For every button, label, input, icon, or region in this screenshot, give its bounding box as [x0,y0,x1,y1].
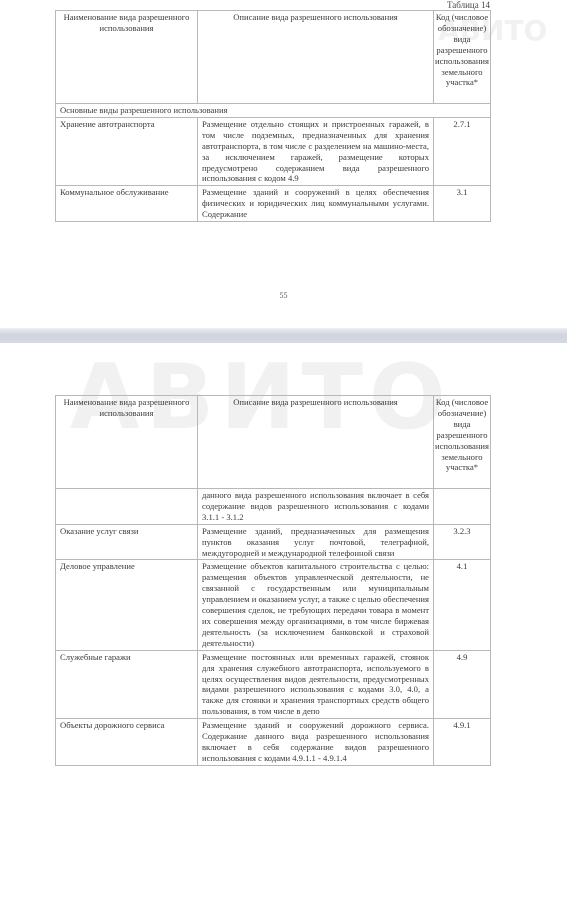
document-page-55: АВИТО Таблица 14 Наименование вида разре… [0,0,567,328]
table-row: данного вида разрешенного использования … [56,489,491,525]
use-code: 4.9 [434,650,491,718]
use-description: Размещение постоянных или временных гара… [198,650,434,718]
column-header-name: Наименование вида разрешенного использов… [56,11,198,104]
section-row: Основные виды разрешенного использования [56,104,491,118]
table-row: Хранение автотранспорта Размещение отдел… [56,117,491,185]
use-name: Объекты дорожного сервиса [56,719,198,766]
use-code: 4.1 [434,560,491,650]
page-number: 55 [0,291,567,300]
column-header-code: Код (числовое обозначение) вида разрешен… [434,396,491,489]
use-code: 3.2.3 [434,524,491,560]
use-name: Коммунальное обслуживание [56,186,198,222]
document-page-56: АВИТО Наименование вида разрешенного исп… [0,343,567,910]
column-header-name: Наименование вида разрешенного использов… [56,396,198,489]
use-name: Деловое управление [56,560,198,650]
table-row: Служебные гаражи Размещение постоянных и… [56,650,491,718]
use-code: 2.7.1 [434,117,491,185]
use-description: Размещение зданий и сооружений дорожного… [198,719,434,766]
use-code: 4.9.1 [434,719,491,766]
section-title: Основные виды разрешенного использования [56,104,491,118]
column-header-description: Описание вида разрешенного использования [198,396,434,489]
use-description: данного вида разрешенного использования … [198,489,434,525]
table-row: Объекты дорожного сервиса Размещение зда… [56,719,491,766]
use-name: Хранение автотранспорта [56,117,198,185]
use-description: Размещение отдельно стоящих и пристроенн… [198,117,434,185]
use-name [56,489,198,525]
column-header-code: Код (числовое обозначение) вида разрешен… [434,11,491,104]
land-use-table: Наименование вида разрешенного использов… [55,10,491,222]
use-code [434,489,491,525]
use-description: Размещение зданий и сооружений в целях о… [198,186,434,222]
land-use-table-continued: Наименование вида разрешенного использов… [55,395,491,766]
table-header-row: Наименование вида разрешенного использов… [56,396,491,489]
column-header-description: Описание вида разрешенного использования [198,11,434,104]
use-description: Размещение объектов капитального строите… [198,560,434,650]
page-separator [0,328,567,344]
table-caption: Таблица 14 [447,0,490,10]
use-code: 3.1 [434,186,491,222]
table-row: Оказание услуг связи Размещение зданий, … [56,524,491,560]
use-description: Размещение зданий, предназначенных для р… [198,524,434,560]
use-name: Оказание услуг связи [56,524,198,560]
table-header-row: Наименование вида разрешенного использов… [56,11,491,104]
table-row: Коммунальное обслуживание Размещение зда… [56,186,491,222]
use-name: Служебные гаражи [56,650,198,718]
table-row: Деловое управление Размещение объектов к… [56,560,491,650]
